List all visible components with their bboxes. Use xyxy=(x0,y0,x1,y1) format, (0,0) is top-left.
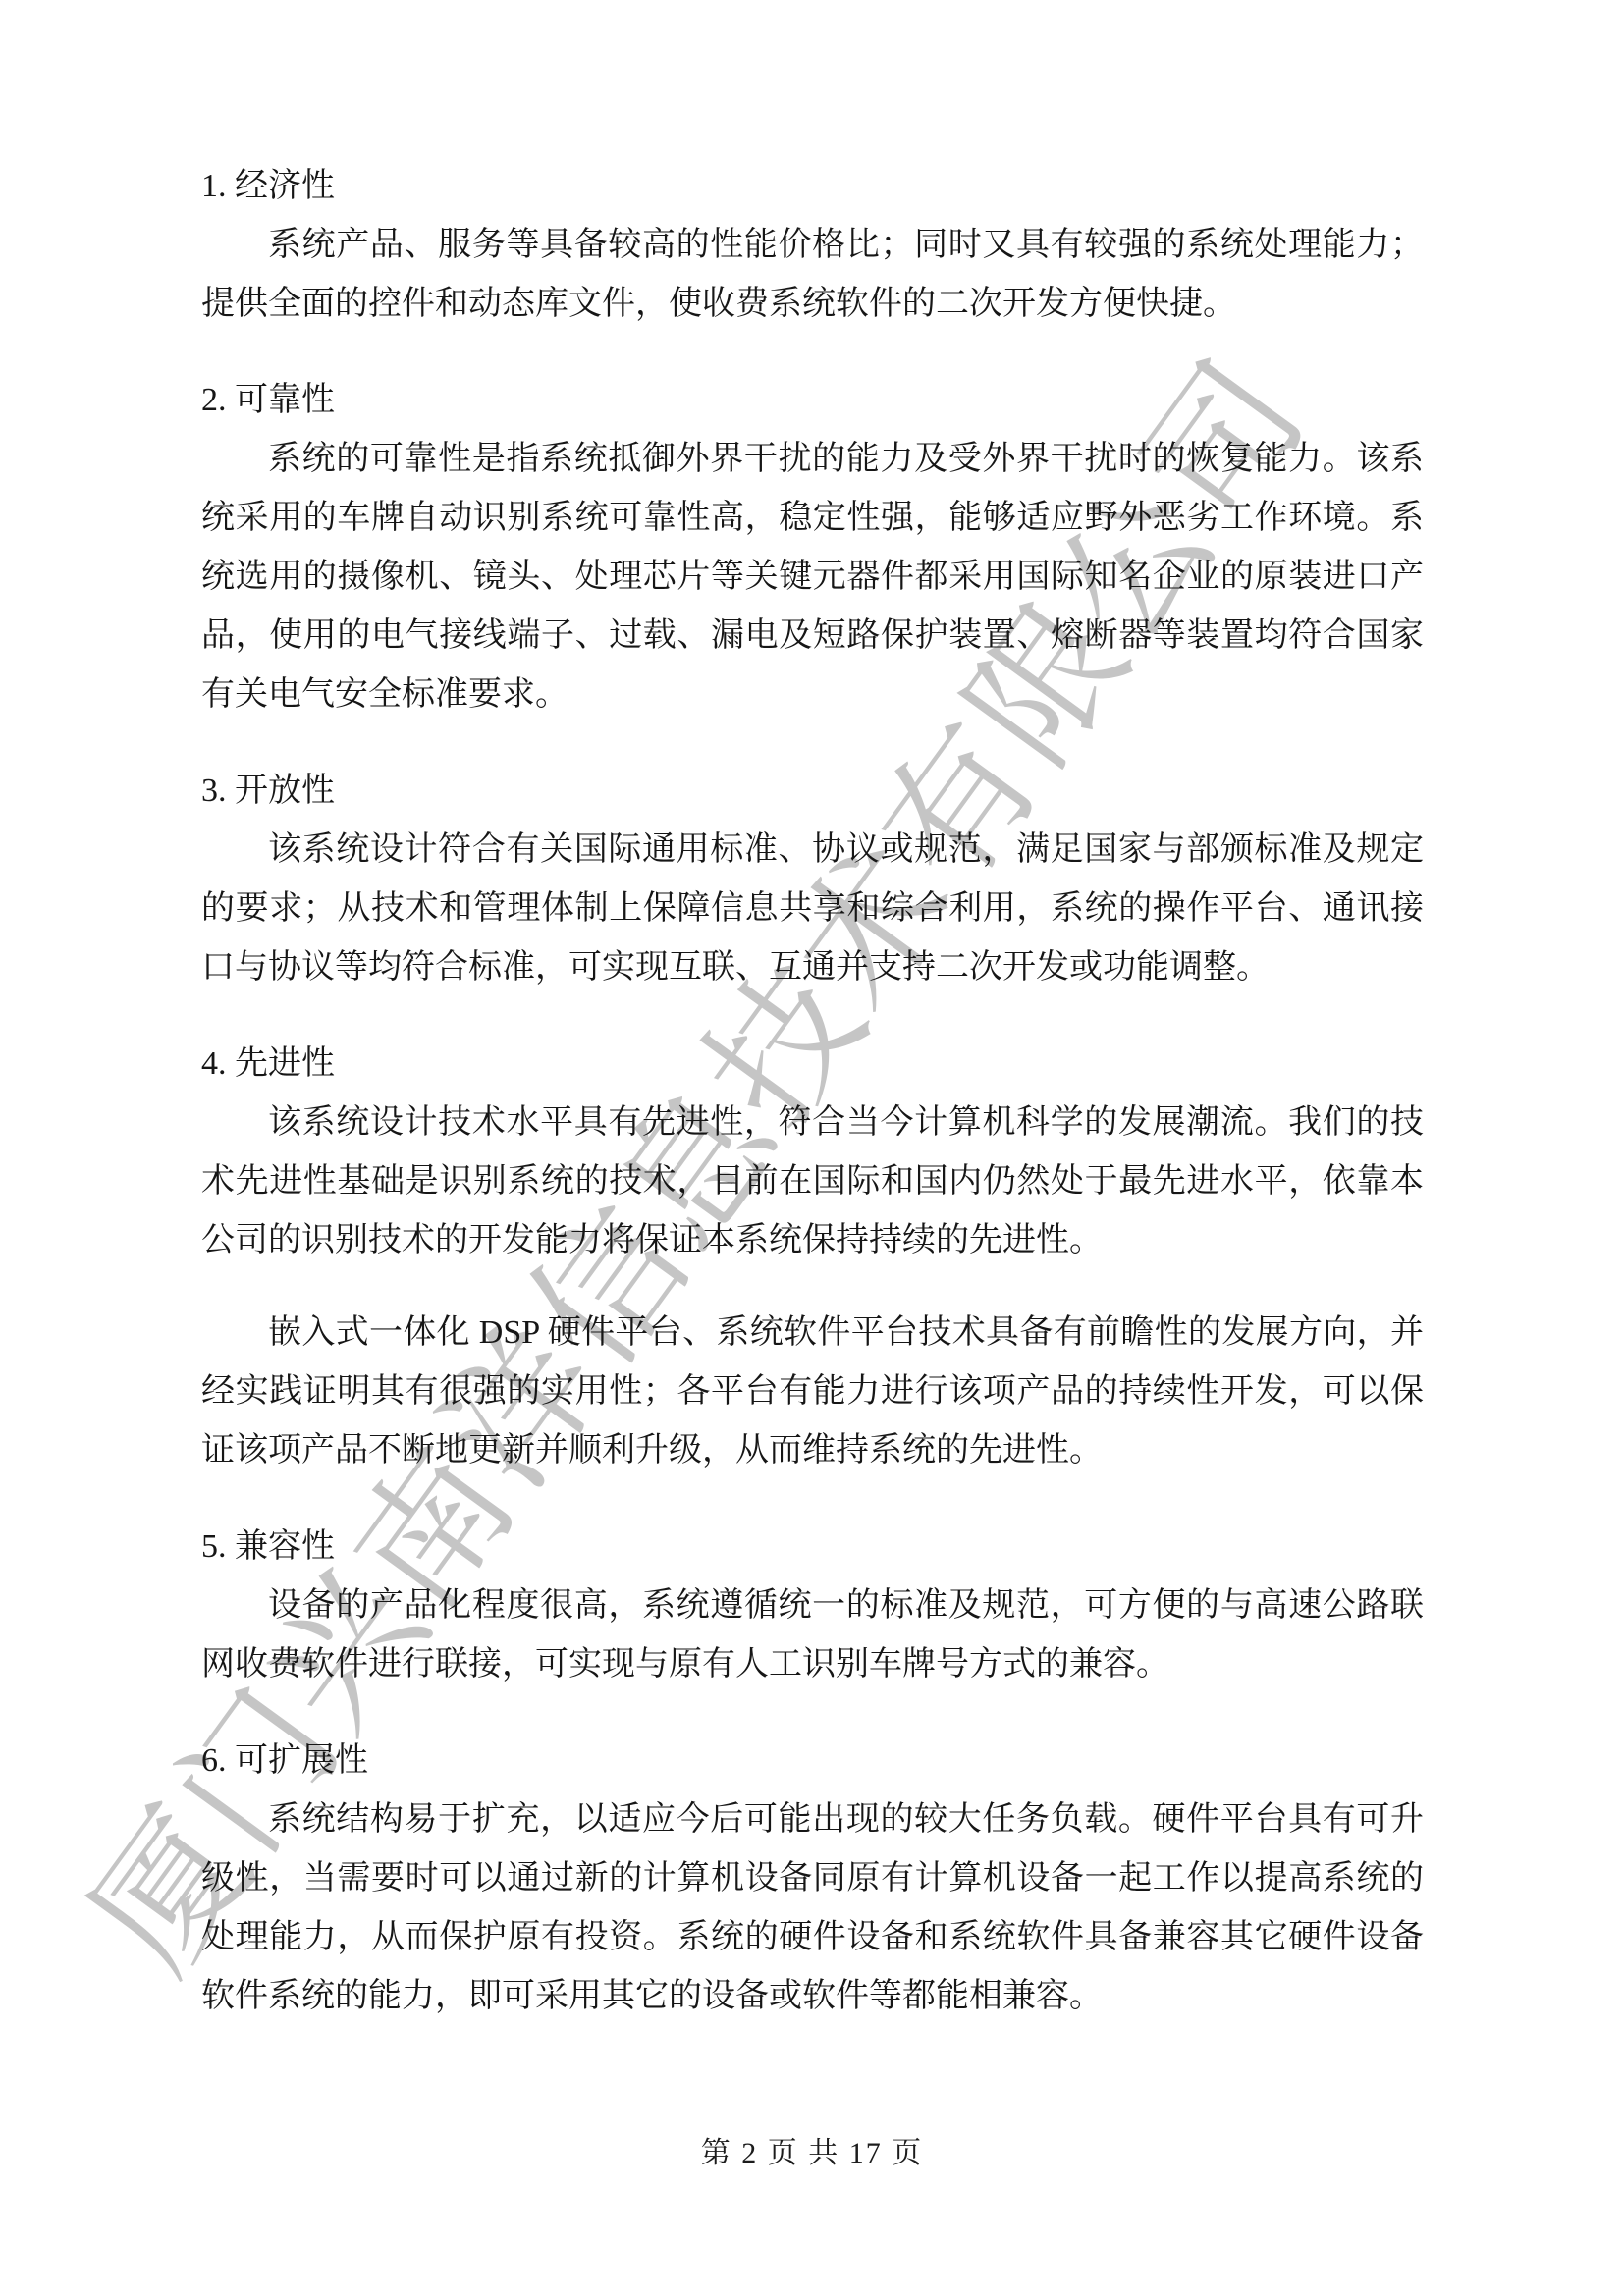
document-section: 1. 经济性 系统产品、服务等具备较高的性能价格比；同时又具有较强的系统处理能力… xyxy=(201,157,1424,334)
section-heading: 2. 可靠性 xyxy=(201,371,1424,430)
section-heading: 5. 兼容性 xyxy=(201,1518,1424,1576)
section-paragraph: 该系统设计技术水平具有先进性，符合当今计算机科学的发展潮流。我们的技术先进性基础… xyxy=(201,1094,1424,1270)
section-paragraph: 设备的产品化程度很高，系统遵循统一的标准及规范，可方便的与高速公路联网收费软件进… xyxy=(201,1576,1424,1694)
document-page: 厦门兴南洋信息技术有限公司 1. 经济性 系统产品、服务等具备较高的性能价格比；… xyxy=(0,0,1624,2296)
section-paragraph: 嵌入式一体化 DSP 硬件平台、系统软件平台技术具备有前瞻性的发展方向，并经实践… xyxy=(201,1304,1424,1480)
document-section: 3. 开放性 该系统设计符合有关国际通用标准、协议或规范，满足国家与部颁标准及规… xyxy=(201,762,1424,997)
page-number-footer: 第 2 页 共 17 页 xyxy=(0,2128,1624,2171)
document-section: 6. 可扩展性 系统结构易于扩充，以适应今后可能出现的较大任务负载。硬件平台具有… xyxy=(201,1732,1424,2026)
section-paragraph: 该系统设计符合有关国际通用标准、协议或规范，满足国家与部颁标准及规定的要求；从技… xyxy=(201,821,1424,997)
document-section: 5. 兼容性 设备的产品化程度很高，系统遵循统一的标准及规范，可方便的与高速公路… xyxy=(201,1518,1424,1694)
section-heading: 3. 开放性 xyxy=(201,762,1424,821)
section-heading: 4. 先进性 xyxy=(201,1035,1424,1094)
section-heading: 6. 可扩展性 xyxy=(201,1732,1424,1790)
document-section: 4. 先进性 该系统设计技术水平具有先进性，符合当今计算机科学的发展潮流。我们的… xyxy=(201,1035,1424,1480)
section-paragraph: 系统的可靠性是指系统抵御外界干扰的能力及受外界干扰时的恢复能力。该系统采用的车牌… xyxy=(201,430,1424,724)
section-heading: 1. 经济性 xyxy=(201,157,1424,216)
document-body: 1. 经济性 系统产品、服务等具备较高的性能价格比；同时又具有较强的系统处理能力… xyxy=(201,157,1424,2026)
document-section: 2. 可靠性 系统的可靠性是指系统抵御外界干扰的能力及受外界干扰时的恢复能力。该… xyxy=(201,371,1424,724)
section-paragraph: 系统产品、服务等具备较高的性能价格比；同时又具有较强的系统处理能力；提供全面的控… xyxy=(201,216,1424,334)
section-paragraph: 系统结构易于扩充，以适应今后可能出现的较大任务负载。硬件平台具有可升级性，当需要… xyxy=(201,1790,1424,2026)
